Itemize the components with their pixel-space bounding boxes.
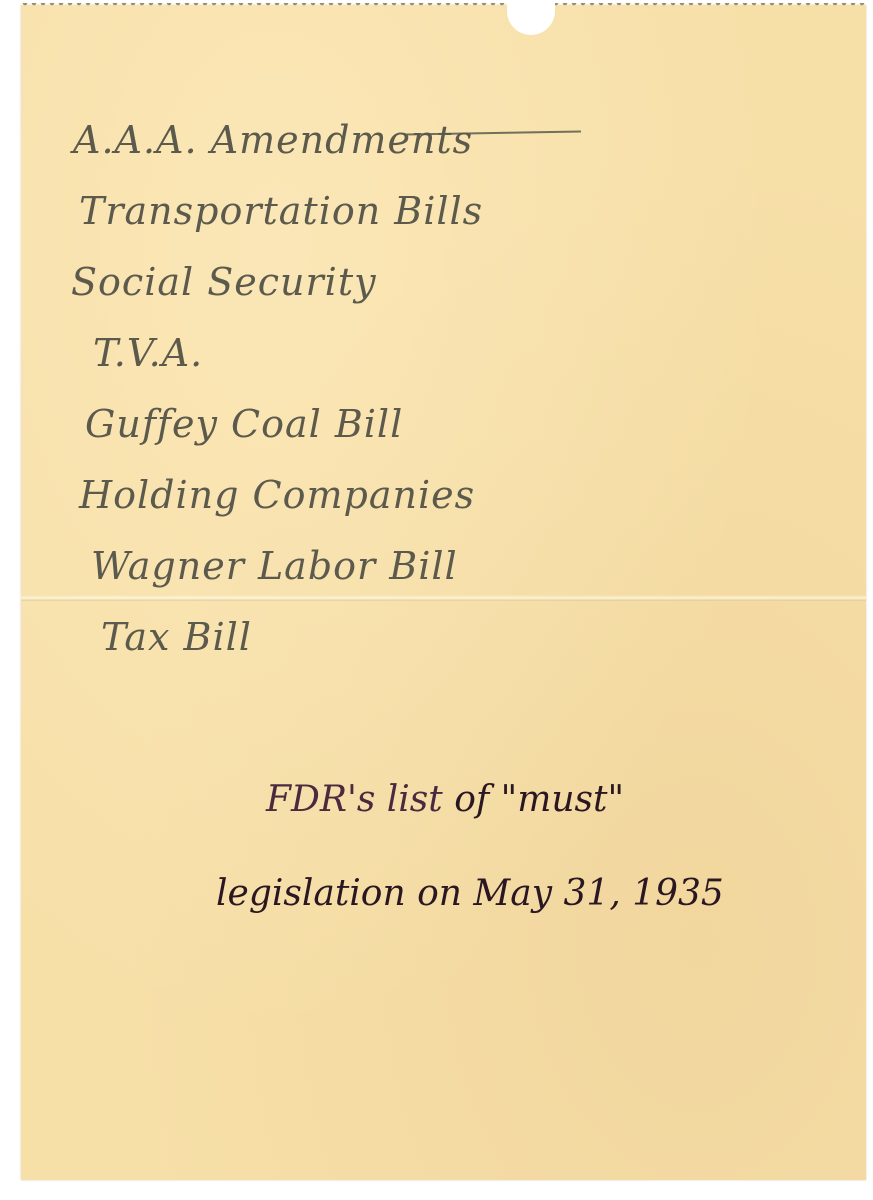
list-item: Social Security [71, 247, 483, 318]
document-page: A.A.A. Amendments Transportation Bills S… [21, 5, 866, 1180]
ink-annotation: FDR's list of "must" legislation on May … [216, 760, 724, 934]
perforated-edge [21, 3, 866, 9]
annotation-line-1-prefix: FDR's list [266, 779, 443, 820]
annotation-line-2: legislation on May 31, 1935 [216, 854, 724, 934]
binder-notch [507, 0, 555, 35]
annotation-line-1-suffix: of "must" [454, 779, 624, 820]
list-item: Guffey Coal Bill [85, 389, 483, 460]
legislation-list: A.A.A. Amendments Transportation Bills S… [73, 105, 483, 673]
list-item: Tax Bill [101, 602, 483, 673]
list-item: T.V.A. [93, 318, 483, 389]
list-item: Transportation Bills [79, 176, 483, 247]
list-item: A.A.A. Amendments [73, 105, 483, 176]
annotation-line-1: FDR's list of "must" [266, 760, 724, 840]
list-item: Wagner Labor Bill [91, 531, 483, 602]
list-item: Holding Companies [79, 460, 483, 531]
